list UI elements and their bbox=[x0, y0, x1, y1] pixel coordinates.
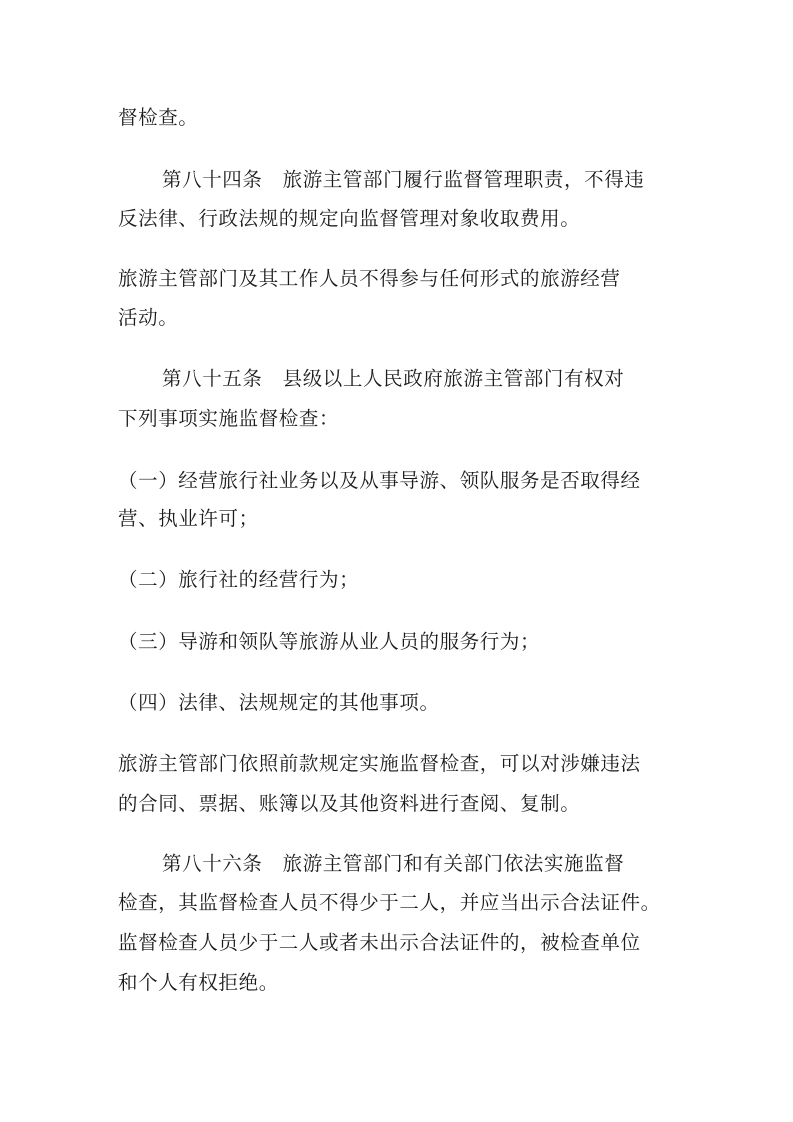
article-86-line-4: 和个人有权拒绝。 bbox=[118, 971, 279, 995]
article-86-line-1: 第八十六条 旅游主管部门和有关部门依法实施监督 bbox=[162, 852, 624, 876]
article-85-item-1-line-2: 营、执业许可； bbox=[118, 507, 259, 531]
article-85-item-3: （三）导游和领队等旅游从业人员的服务行为； bbox=[118, 630, 540, 654]
article-84-line-1: 第八十四条 旅游主管部门履行监督管理职责，不得违 bbox=[162, 168, 644, 192]
article-85-item-1-line-1: （一）经营旅行社业务以及从事导游、领队服务是否取得经 bbox=[118, 469, 641, 493]
text-line-continuation: 督检查。 bbox=[118, 106, 198, 130]
document-page: 督检查。 第八十四条 旅游主管部门履行监督管理职责，不得违 反法律、行政法规的规… bbox=[0, 0, 793, 1122]
article-85-para2-line-1: 旅游主管部门依照前款规定实施监督检查，可以对涉嫌违法 bbox=[118, 752, 641, 776]
article-84-para2-line-2: 活动。 bbox=[118, 306, 178, 330]
article-85-line-2: 下列事项实施监督检查： bbox=[118, 407, 339, 431]
article-86-line-2: 检查，其监督检查人员不得少于二人，并应当出示合法证件。 bbox=[118, 891, 661, 915]
article-84-para2-line-1: 旅游主管部门及其工作人员不得参与任何形式的旅游经营 bbox=[118, 267, 621, 291]
article-85-item-4: （四）法律、法规规定的其他事项。 bbox=[118, 691, 440, 715]
article-85-para2-line-2: 的合同、票据、账簿以及其他资料进行查阅、复制。 bbox=[118, 792, 580, 816]
article-86-line-3: 监督检查人员少于二人或者未出示合法证件的，被检查单位 bbox=[118, 931, 641, 955]
article-85-item-2: （二）旅行社的经营行为； bbox=[118, 568, 359, 592]
article-84-line-2: 反法律、行政法规的规定向监督管理对象收取费用。 bbox=[118, 207, 580, 231]
article-85-line-1: 第八十五条 县级以上人民政府旅游主管部门有权对 bbox=[162, 367, 624, 391]
